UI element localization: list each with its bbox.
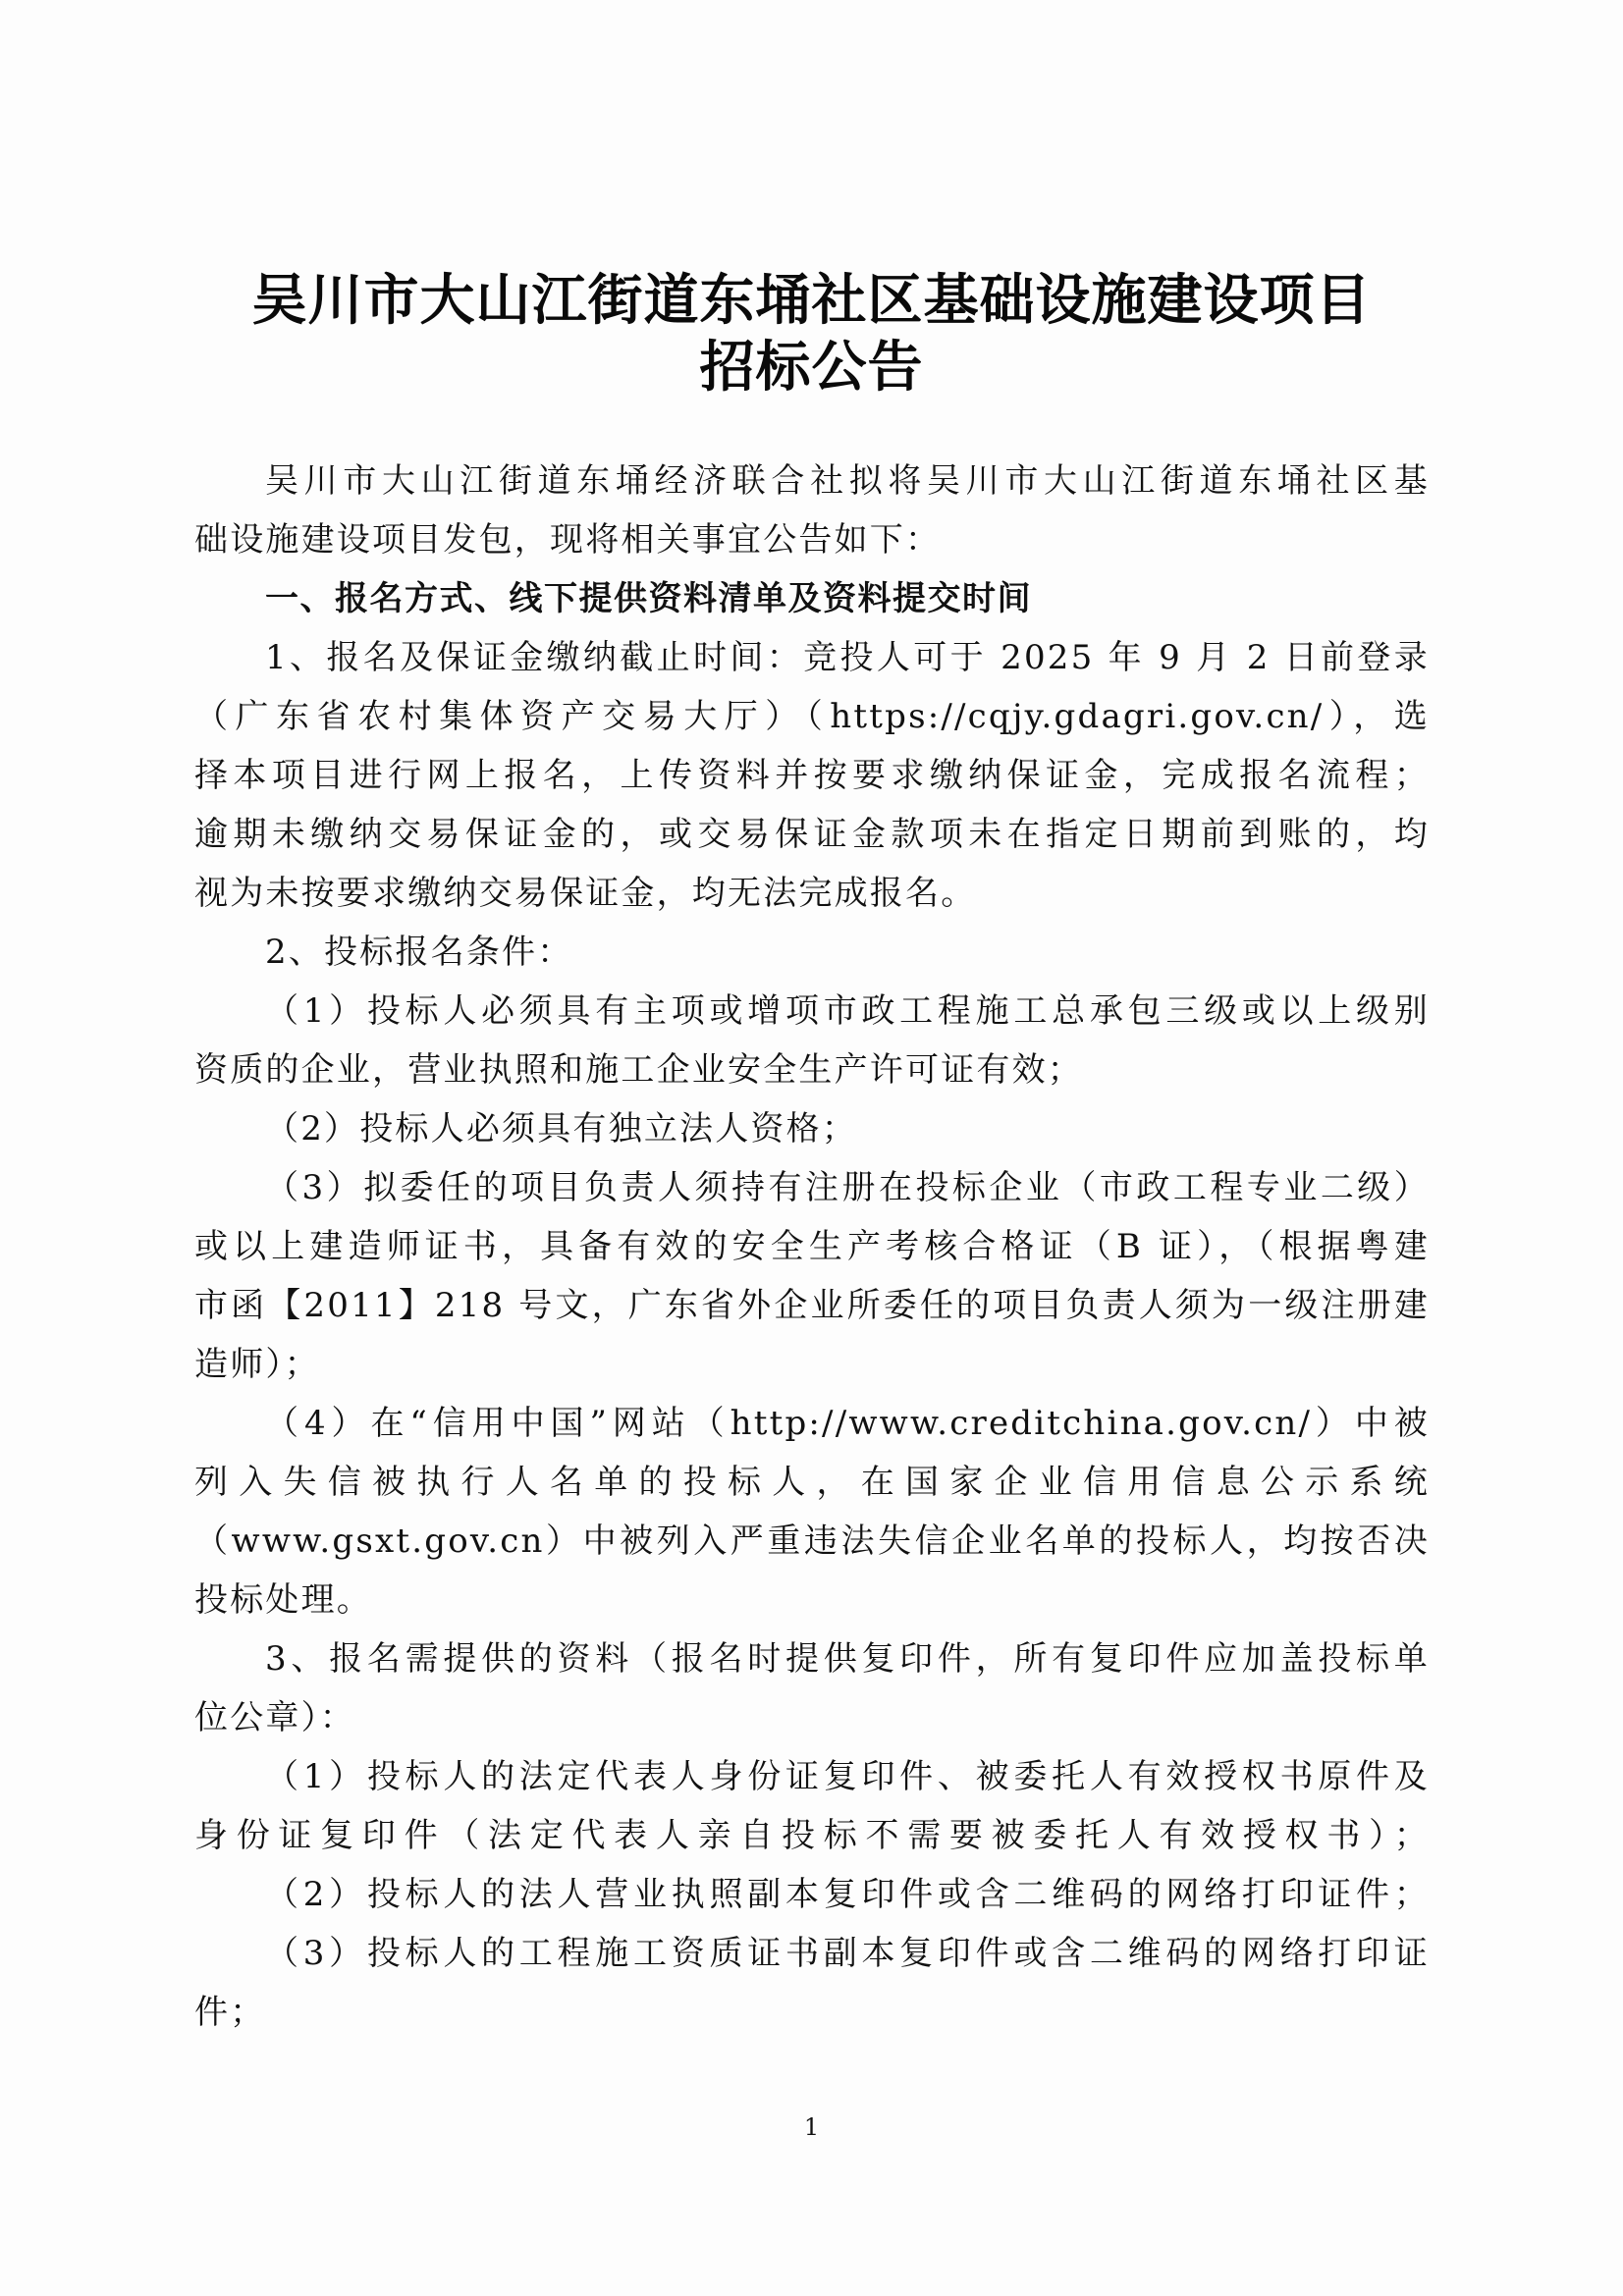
item-1-cont: 择本项目进行网上报名，上传资料并按要求缴纳保证金，完成报名流程； — [194, 754, 1430, 797]
item-2: 2、投标报名条件： — [265, 931, 1430, 974]
item-1-cont: （广东省农村集体资产交易大厅）（https://cqjy.gdagri.gov.… — [194, 695, 1430, 738]
section-heading-1: 一、报名方式、线下提供资料清单及资料提交时间 — [265, 577, 1430, 620]
item-2-2: （2）投标人必须具有独立法人资格； — [265, 1107, 1430, 1150]
page-number: 1 — [0, 2113, 1623, 2141]
document-title-line-2: 招标公告 — [0, 324, 1623, 402]
document-page: 吴川市大山江街道东埇社区基础设施建设项目 招标公告 吴川市大山江街道东埇经济联合… — [0, 0, 1623, 2296]
item-2-1: （1）投标人必须具有主项或增项市政工程施工总承包三级或以上级别 — [265, 989, 1430, 1033]
item-3-3: （3）投标人的工程施工资质证书副本复印件或含二维码的网络打印证 — [265, 1932, 1430, 1975]
item-2-4-cont: 投标处理。 — [194, 1578, 1430, 1622]
paragraph-intro: 吴川市大山江街道东埇经济联合社拟将吴川市大山江街道东埇社区基 — [265, 459, 1430, 503]
paragraph-intro-cont: 础设施建设项目发包，现将相关事宜公告如下： — [194, 518, 1430, 561]
item-2-3-cont: 市函【2011】218 号文，广东省外企业所委任的项目负责人须为一级注册建 — [194, 1284, 1430, 1327]
item-3-3-cont: 件； — [194, 1991, 1430, 2034]
item-3-1: （1）投标人的法定代表人身份证复印件、被委托人有效授权书原件及 — [265, 1755, 1430, 1798]
item-2-3-cont: 造师）； — [194, 1343, 1430, 1386]
item-1: 1、报名及保证金缴纳截止时间：竞投人可于 2025 年 9 月 2 日前登录 — [265, 636, 1430, 679]
item-1-cont: 视为未按要求缴纳交易保证金，均无法完成报名。 — [194, 872, 1430, 915]
item-3-1-cont: 身份证复印件（法定代表人亲自投标不需要被委托人有效授权书）； — [194, 1814, 1430, 1857]
item-2-3: （3）拟委任的项目负责人须持有注册在投标企业（市政工程专业二级） — [265, 1166, 1430, 1209]
item-2-4-cont: （www.gsxt.gov.cn）中被列入严重违法失信企业名单的投标人，均按否决 — [194, 1520, 1430, 1563]
item-3: 3、报名需提供的资料（报名时提供复印件，所有复印件应加盖投标单 — [265, 1637, 1430, 1681]
item-2-1-cont: 资质的企业，营业执照和施工企业安全生产许可证有效； — [194, 1048, 1430, 1092]
item-2-4-cont: 列入失信被执行人名单的投标人，在国家企业信用信息公示系统 — [194, 1461, 1430, 1504]
item-2-4: （4）在“信用中国”网站（http://www.creditchina.gov.… — [265, 1402, 1430, 1445]
item-3-2: （2）投标人的法人营业执照副本复印件或含二维码的网络打印证件； — [265, 1873, 1430, 1916]
item-1-cont: 逾期未缴纳交易保证金的，或交易保证金款项未在指定日期前到账的，均 — [194, 813, 1430, 856]
item-2-3-cont: 或以上建造师证书，具备有效的安全生产考核合格证（B 证），（根据粤建 — [194, 1225, 1430, 1268]
item-3-cont: 位公章）： — [194, 1696, 1430, 1739]
